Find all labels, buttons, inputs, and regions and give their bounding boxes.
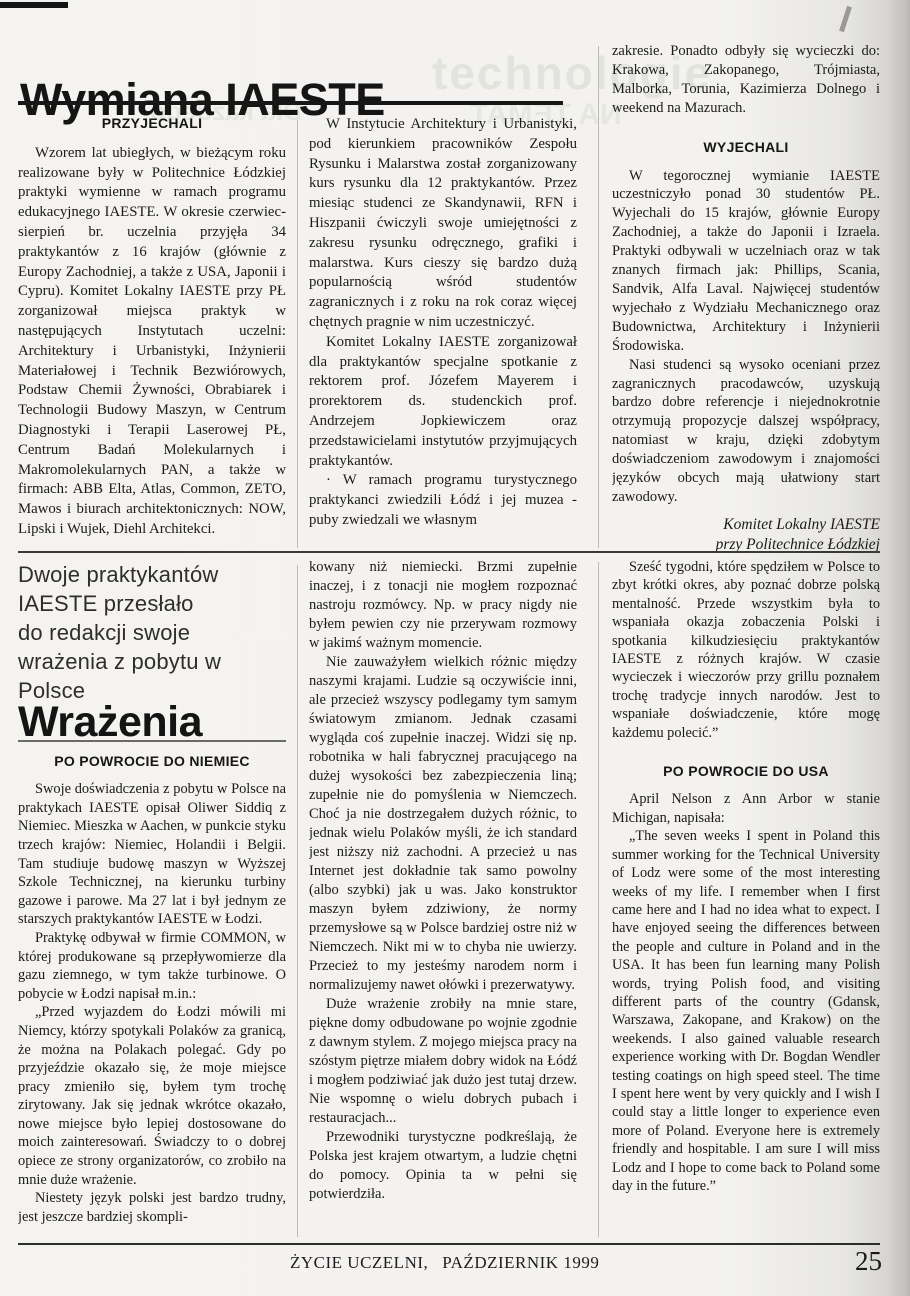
top-column-2: W Instytucie Architektury i Urbanistyki,… — [309, 115, 577, 550]
column-separator — [598, 562, 599, 1237]
footer-journal-date: PAŹDZIERNIK 1999 — [442, 1253, 599, 1272]
body-paragraph: kowany niż niemiecki. Brzmi zupełnie ina… — [309, 558, 577, 653]
body-paragraph: · W ramach programu turystycznego prakty… — [309, 471, 577, 530]
signature-line: Komitet Lokalny IAESTE — [612, 515, 880, 535]
title-underline-rule — [18, 101, 563, 105]
body-paragraph: „Przed wyjazdem do Łodzi mówili mi Niemc… — [18, 1003, 286, 1189]
body-paragraph: W tegorocznej wymianie IAESTE uczestnicz… — [612, 167, 880, 356]
section-heading-wyjechali: WYJECHALI — [612, 138, 880, 157]
footer-rule — [18, 1243, 880, 1245]
body-paragraph: Nie zauważyłem wielkich różnic między na… — [309, 653, 577, 995]
body-paragraph: Niestety język polski jest bardzo trudny… — [18, 1189, 286, 1226]
section-heading-po-powrocie-do-niemiec: PO POWROCIE DO NIEMIEC — [18, 752, 286, 771]
body-paragraph: April Nelson z Ann Arbor w stanie Michig… — [612, 790, 880, 827]
body-paragraph: Komitet Lokalny IAESTE zorganizował dla … — [309, 333, 577, 472]
footer-page-number: 25 — [855, 1246, 882, 1277]
scanned-page: technologie Dla każdego NA TEMAT Wymiana… — [0, 0, 910, 1296]
signature-line: przy Politechnice Łódzkiej — [612, 535, 880, 551]
body-paragraph: Nasi studenci są wysoko oceniani przez z… — [612, 356, 880, 507]
bottom-column-2: kowany niż niemiecki. Brzmi zupełnie ina… — [309, 558, 577, 1240]
body-paragraph: „The seven weeks I spent in Poland this … — [612, 827, 880, 1195]
feature-intro-line: wrażenia z pobytu w Polsce — [18, 647, 286, 705]
feature-intro: Dwoje praktykantów IAESTE przesłało do r… — [18, 560, 286, 705]
body-paragraph: Swoje doświadczenia z pobytu w Polsce na… — [18, 780, 286, 929]
top-column-1: PRZYJECHALI Wzorem lat ubiegłych, w bież… — [18, 112, 286, 550]
feature-intro-line: do redakcji swoje — [18, 618, 286, 647]
feature-intro-line: IAESTE przesłało — [18, 589, 286, 618]
bottom-column-1: Dwoje praktykantów IAESTE przesłało do r… — [18, 560, 286, 1240]
body-paragraph: Duże wrażenie zrobiły na mnie stare, pię… — [309, 995, 577, 1128]
body-paragraph: Wzorem lat ubiegłych, w bieżącym roku re… — [18, 144, 286, 540]
column-separator — [598, 46, 599, 548]
section-heading-przyjechali: PRZYJECHALI — [18, 114, 286, 134]
top-column-3: zakresie. Ponadto odbyły się wycieczki d… — [612, 42, 880, 551]
feature-intro-line: Dwoje praktykantów — [18, 560, 286, 589]
column-separator — [297, 565, 298, 1237]
footer-journal: ŻYCIE UCZELNI,PAŹDZIERNIK 1999 — [290, 1253, 599, 1273]
body-paragraph: zakresie. Ponadto odbyły się wycieczki d… — [612, 42, 880, 118]
column-separator — [297, 120, 298, 548]
scan-artifact-topright — [839, 6, 852, 32]
body-paragraph: W Instytucie Architektury i Urbanistyki,… — [309, 115, 577, 333]
section-divider-rule — [18, 551, 880, 553]
bottom-column-3: Sześć tygodni, które spędziłem w Polsce … — [612, 558, 880, 1240]
body-paragraph: Przewodniki turystyczne podkreślają, że … — [309, 1128, 577, 1204]
section-heading-po-powrocie-do-usa: PO POWROCIE DO USA — [612, 762, 880, 780]
footer-journal-name: ŻYCIE UCZELNI, — [290, 1253, 428, 1272]
body-paragraph: Sześć tygodni, które spędziłem w Polsce … — [612, 558, 880, 742]
scan-artifact-topleft — [0, 2, 68, 8]
feature-title: Wrażenia — [18, 713, 286, 732]
body-paragraph: Praktykę odbywał w firmie COMMON, w któr… — [18, 929, 286, 1003]
scan-edge-shadow — [888, 0, 910, 1296]
